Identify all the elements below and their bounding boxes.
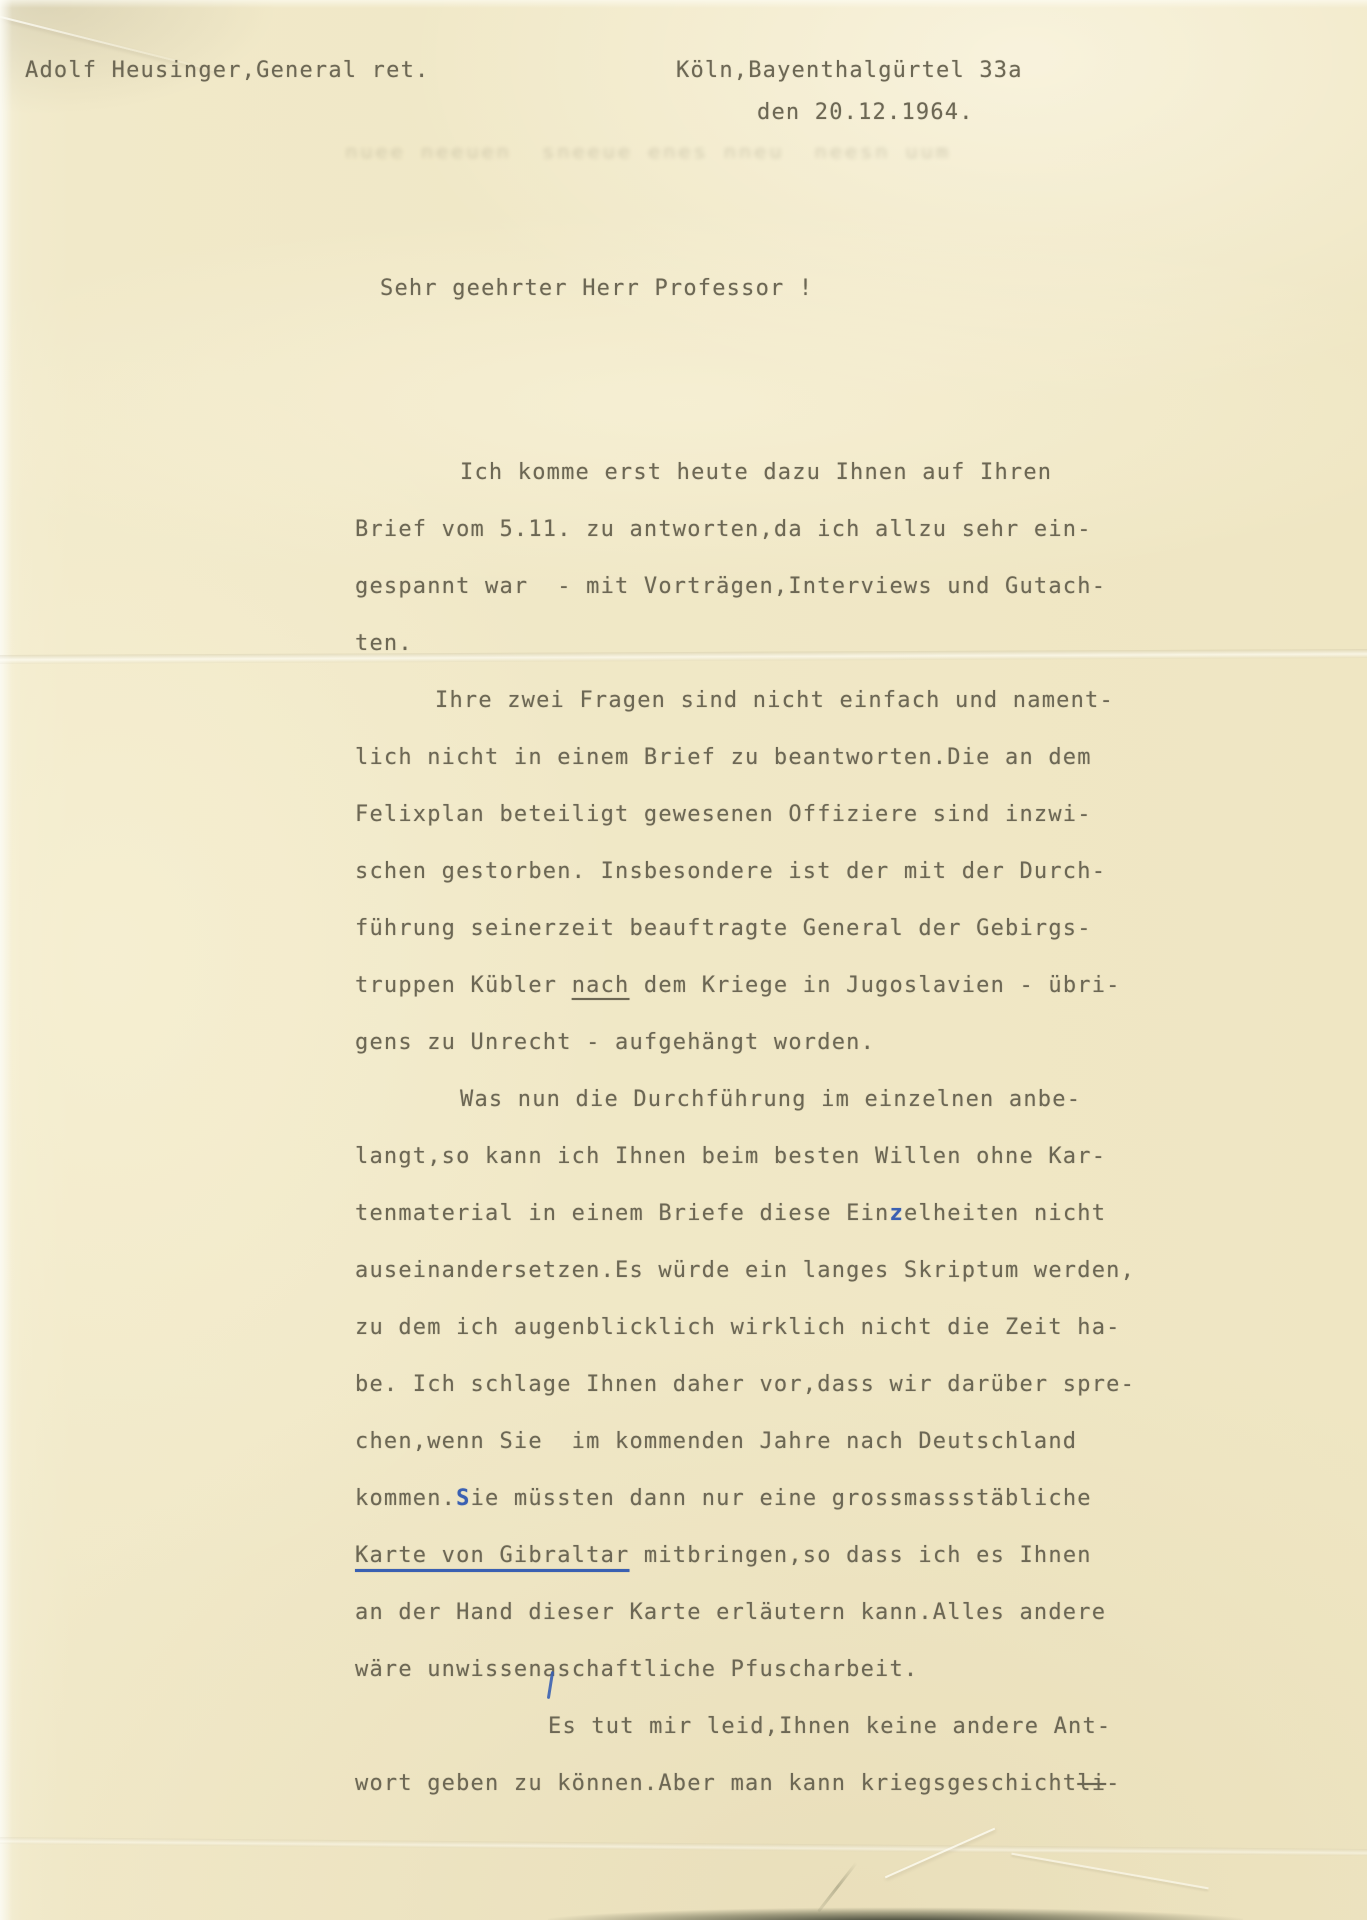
letter-line: gespannt war - mit Vorträgen,Interviews … [355, 558, 1145, 615]
text-segment: schen gestorben. Insbesondere ist der mi… [355, 859, 1106, 884]
text-segment: be. Ich schlage Ihnen daher vor,dass wir… [355, 1372, 1135, 1397]
letter-line: Brief vom 5.11. zu antworten,da ich allz… [355, 501, 1145, 558]
letter-line: Ihre zwei Fragen sind nicht einfach und … [355, 672, 1145, 729]
letter-line: lich nicht in einem Brief zu beantworten… [355, 729, 1145, 786]
letter-line: chen,wenn Sie im kommenden Jahre nach De… [355, 1413, 1145, 1470]
text-segment: elheiten nicht [904, 1201, 1106, 1226]
text-segment: Brief vom 5.11. zu antworten,da ich allz… [355, 517, 1092, 542]
scan-edge-left [0, 0, 12, 1920]
address-line: Köln,Bayenthalgürtel 33a [676, 58, 1023, 84]
text-segment: truppen Kübler [355, 973, 572, 998]
letter-line: Felixplan beteiligt gewesenen Offiziere … [355, 786, 1145, 843]
text-segment-u: nach [572, 973, 630, 998]
text-segment: chen,wenn Sie im kommenden Jahre nach De… [355, 1429, 1077, 1454]
text-segment: - [1106, 1771, 1120, 1796]
text-segment-b: S [456, 1486, 470, 1511]
letter-line: gens zu Unrecht - aufgehängt worden. [355, 1014, 1145, 1071]
letter-line: langt,so kann ich Ihnen beim besten Will… [355, 1128, 1145, 1185]
scan-edge-bottom-dark [548, 1905, 1243, 1920]
text-segment-strike: li [1077, 1771, 1106, 1796]
text-segment: kommen. [355, 1486, 456, 1511]
text-segment: ten. [355, 631, 413, 656]
letter-line: auseinandersetzen.Es würde ein langes Sk… [355, 1242, 1145, 1299]
text-segment-b: z [889, 1201, 903, 1226]
paper-wrinkle [885, 1828, 995, 1879]
text-segment-bu: Karte von Gibraltar [355, 1543, 629, 1568]
sender-line: Adolf Heusinger,General ret. [25, 58, 429, 84]
letter-line: kommen.Sie müssten dann nur eine grossma… [355, 1470, 1145, 1527]
letter-line: Es tut mir leid,Ihnen keine andere Ant- [355, 1698, 1145, 1755]
fold-crease-bottom [0, 1837, 1367, 1856]
text-segment: wäre unwissen [355, 1657, 543, 1682]
text-segment: zu dem ich augenblicklich wirklich nicht… [355, 1315, 1121, 1340]
text-segment: dem Kriege in Jugoslavien - übri- [629, 973, 1120, 998]
text-segment: Felixplan beteiligt gewesenen Offiziere … [355, 802, 1092, 827]
text-segment: Ihre zwei Fragen sind nicht einfach und … [435, 688, 1114, 713]
text-segment: Ich komme erst heute dazu Ihnen auf Ihre… [460, 460, 1052, 485]
letter-line: an der Hand dieser Karte erläutern kann.… [355, 1584, 1145, 1641]
text-segment: wort geben zu können.Aber man kann krieg… [355, 1771, 1077, 1796]
text-segment: gens zu Unrecht - aufgehängt worden. [355, 1030, 875, 1055]
letter-body: Ich komme erst heute dazu Ihnen auf Ihre… [355, 444, 1145, 1812]
letter-line: Karte von Gibraltar mitbringen,so dass i… [355, 1527, 1145, 1584]
letter-line: Was nun die Durchführung im einzelnen an… [355, 1071, 1145, 1128]
text-segment: auseinandersetzen.Es würde ein langes Sk… [355, 1258, 1135, 1283]
letter-line: wort geben zu können.Aber man kann krieg… [355, 1755, 1145, 1812]
letter-line: ten. [355, 615, 1145, 672]
text-segment: gespannt war - mit Vorträgen,Interviews … [355, 574, 1106, 599]
scanned-letter-page: Adolf Heusinger,General ret. Köln,Bayent… [0, 0, 1367, 1920]
text-segment-slash: a [543, 1657, 557, 1682]
text-segment: ie müssten dann nur eine grossmassstäbli… [471, 1486, 1092, 1511]
letter-line: wäre unwissenaschaftliche Pfuscharbeit. [355, 1641, 1145, 1698]
letter-line: truppen Kübler nach dem Kriege in Jugosl… [355, 957, 1145, 1014]
text-segment: tenmaterial in einem Briefe diese Ein [355, 1201, 889, 1226]
ghost-ink-imprint: nuee neeuen sneeue enes nneu neesn uum [345, 142, 1005, 162]
scan-edge-top [0, 0, 1367, 8]
paper-wrinkle [1011, 1853, 1208, 1890]
date-line: den 20.12.1964. [757, 100, 974, 126]
letter-line: schen gestorben. Insbesondere ist der mi… [355, 843, 1145, 900]
letter-line: Ich komme erst heute dazu Ihnen auf Ihre… [355, 444, 1145, 501]
text-segment: lich nicht in einem Brief zu beantworten… [355, 745, 1092, 770]
text-segment: schaftliche Pfuscharbeit. [557, 1657, 918, 1682]
text-segment: an der Hand dieser Karte erläutern kann.… [355, 1600, 1106, 1625]
letter-line: zu dem ich augenblicklich wirklich nicht… [355, 1299, 1145, 1356]
text-segment: führung seinerzeit beauftragte General d… [355, 916, 1092, 941]
text-segment: Es tut mir leid,Ihnen keine andere Ant- [548, 1714, 1111, 1739]
text-segment: langt,so kann ich Ihnen beim besten Will… [355, 1144, 1106, 1169]
letter-line: führung seinerzeit beauftragte General d… [355, 900, 1145, 957]
letter-line: tenmaterial in einem Briefe diese Einzel… [355, 1185, 1145, 1242]
letter-line: be. Ich schlage Ihnen daher vor,dass wir… [355, 1356, 1145, 1413]
text-segment: Was nun die Durchführung im einzelnen an… [460, 1087, 1081, 1112]
text-segment: mitbringen,so dass ich es Ihnen [629, 1543, 1091, 1568]
salutation: Sehr geehrter Herr Professor ! [380, 276, 813, 302]
